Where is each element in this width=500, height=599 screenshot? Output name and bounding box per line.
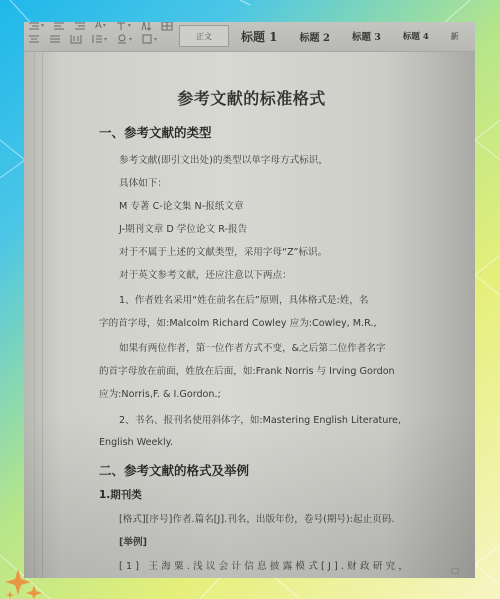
paragraph-line: 1、作者姓名采用“姓在前名在后”原则，具体格式是:姓，名 — [119, 292, 369, 306]
subsection-heading: 1.期刊类 — [99, 487, 142, 502]
align-left-icon[interactable] — [53, 22, 65, 31]
document-window: ▾ A▾ ▾ ▾ ▾ ▾ 正文 标题 1 标题 2 标题 3 标题 4 新 参 — [24, 22, 475, 578]
style-heading-2[interactable]: 标题 2 — [300, 29, 330, 44]
paragraph-line: 字的首字母，如:Malcolm Richard Cowley 应为:Cowley… — [99, 315, 377, 329]
paragraph-line: 具体如下： — [119, 175, 167, 189]
style-new[interactable]: 新 — [451, 31, 459, 42]
style-heading-4[interactable]: 标题 4 — [403, 30, 429, 42]
paragraph-line: 对于英文参考文献，还应注意以下两点： — [119, 267, 292, 281]
char-spacing-icon[interactable]: ▾ — [115, 22, 131, 31]
border-icon[interactable]: ▾ — [141, 34, 157, 44]
paragraph-line: 的首字母放在前面，姓放在后面，如:Frank Norris 与 Irving G… — [99, 363, 395, 377]
paragraph-line: 对于不属于上述的文献类型，采用字母“Z”标识。 — [119, 244, 327, 258]
shading-icon[interactable]: ▾ — [116, 34, 132, 44]
sort-icon[interactable] — [140, 22, 152, 31]
paragraph-line: J-期刊文章 D 学位论文 R-报告 — [119, 221, 247, 235]
style-gallery: 正文 标题 1 标题 2 标题 3 标题 4 新 — [179, 24, 475, 48]
section-heading-1: 一、参考文献的类型 — [99, 123, 212, 141]
page-edge-left — [34, 52, 35, 578]
example-line: [1] 王海粟.浅议会计信息披露模式[J].财政研究， — [119, 558, 411, 572]
paragraph-line: M 专著 C-论文集 N-报纸文章 — [119, 198, 244, 212]
line-spacing-icon[interactable]: ▾ — [91, 34, 107, 44]
example-label: [举例] — [119, 534, 147, 548]
justify-icon[interactable] — [49, 34, 61, 44]
ribbon-row-1: ▾ A▾ ▾ — [28, 22, 173, 31]
ribbon-row-2: ▾ ▾ ▾ — [28, 34, 157, 44]
style-normal[interactable]: 正文 — [179, 25, 229, 47]
format-line: [格式][序号]作者.篇名[J].刊名，出版年份，卷号(期号):起止页码. — [119, 511, 394, 525]
paragraph-line: 2、书名、报刊名使用斜体字，如:Mastering English Litera… — [119, 412, 401, 426]
paragraph-line: English Weekly. — [99, 437, 173, 448]
document-title: 参考文献的标准格式 — [42, 86, 461, 109]
paragraph-line: 应为:Norris,F. & I.Gordon.; — [99, 386, 221, 400]
document-page[interactable]: 参考文献的标准格式 一、参考文献的类型 参考文献(即引文出处)的类型以单字母方式… — [42, 52, 461, 578]
align-right-icon[interactable] — [74, 22, 86, 31]
section-heading-2: 二、参考文献的格式及举例 — [99, 461, 249, 479]
ribbon-toolbar: ▾ A▾ ▾ ▾ ▾ ▾ 正文 标题 1 标题 2 标题 3 标题 4 新 — [24, 22, 475, 52]
paragraph-line: 参考文献(即引文出处)的类型以单字母方式标识， — [119, 152, 328, 166]
table-icon[interactable] — [161, 22, 173, 31]
font-color-icon[interactable]: A▾ — [95, 22, 106, 31]
paragraph-line: 如果有两位作者，第一位作者方式不变，&之后第二位作者名字 — [119, 340, 386, 354]
list-indent-icon[interactable]: ▾ — [28, 22, 44, 31]
style-heading-1[interactable]: 标题 1 — [241, 28, 278, 45]
distributed-icon[interactable] — [70, 34, 82, 44]
align-center-icon[interactable] — [28, 34, 40, 44]
page-corner-indicator — [451, 568, 459, 574]
style-heading-3[interactable]: 标题 3 — [352, 29, 381, 43]
